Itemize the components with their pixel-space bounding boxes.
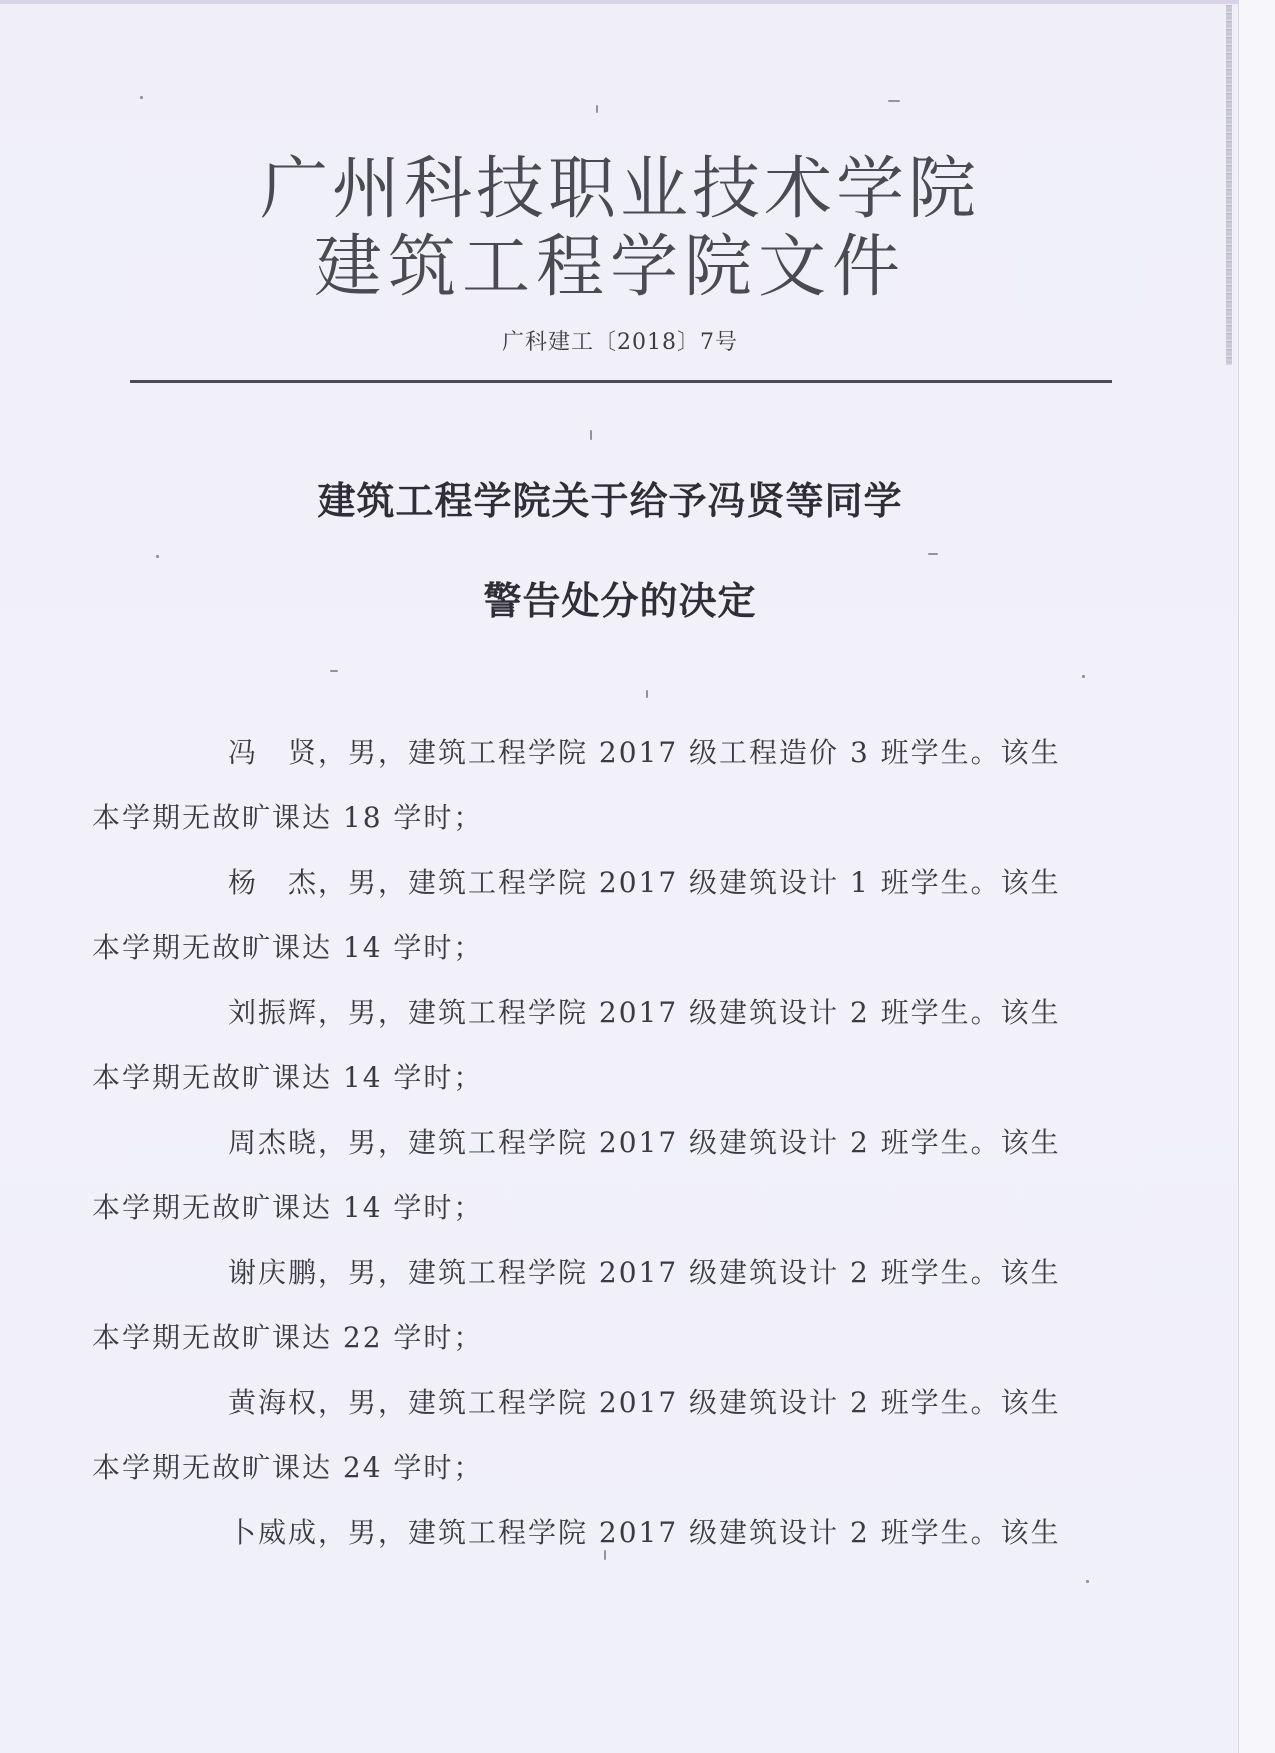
paragraph-line: 卜威成，男，建筑工程学院 2017 级建筑设计 2 班学生。该生 bbox=[160, 1500, 1100, 1565]
page-right-margin bbox=[1238, 0, 1275, 1753]
decision-title-line1: 建筑工程学院关于给予冯贤等同学 bbox=[0, 470, 1230, 525]
scan-speck bbox=[646, 690, 648, 698]
paragraph-line: 本学期无故旷课达 14 学时； bbox=[92, 915, 1100, 980]
scan-speck bbox=[604, 1550, 606, 1560]
scan-speck bbox=[330, 670, 338, 672]
scan-speck bbox=[156, 555, 159, 558]
student-paragraph: 谢庆鹏，男，建筑工程学院 2017 级建筑设计 2 班学生。该生 本学期无故旷课… bbox=[160, 1240, 1100, 1370]
scan-speck bbox=[596, 105, 598, 113]
paragraph-line: 黄海权，男，建筑工程学院 2017 级建筑设计 2 班学生。该生 bbox=[160, 1370, 1100, 1435]
student-paragraph: 杨 杰，男，建筑工程学院 2017 级建筑设计 1 班学生。该生 本学期无故旷课… bbox=[160, 850, 1100, 980]
scan-speck bbox=[888, 100, 900, 102]
header-divider bbox=[130, 380, 1112, 383]
paragraph-line: 谢庆鹏，男，建筑工程学院 2017 级建筑设计 2 班学生。该生 bbox=[160, 1240, 1100, 1305]
decision-title-line2: 警告处分的决定 bbox=[0, 570, 1240, 625]
paragraph-line: 周杰晓，男，建筑工程学院 2017 级建筑设计 2 班学生。该生 bbox=[160, 1110, 1100, 1175]
scan-speck bbox=[590, 430, 592, 440]
paragraph-line: 本学期无故旷课达 22 学时； bbox=[92, 1305, 1100, 1370]
scan-speck bbox=[928, 553, 938, 555]
student-paragraph: 刘振辉，男，建筑工程学院 2017 级建筑设计 2 班学生。该生 本学期无故旷课… bbox=[160, 980, 1100, 1110]
document-body: 冯 贤，男，建筑工程学院 2017 级工程造价 3 班学生。该生 本学期无故旷课… bbox=[160, 720, 1100, 1565]
student-paragraph: 冯 贤，男，建筑工程学院 2017 级工程造价 3 班学生。该生 本学期无故旷课… bbox=[160, 720, 1100, 850]
student-paragraph: 卜威成，男，建筑工程学院 2017 级建筑设计 2 班学生。该生 bbox=[160, 1500, 1100, 1565]
document-number: 广科建工〔2018〕7号 bbox=[0, 325, 1240, 356]
paragraph-line: 本学期无故旷课达 14 学时； bbox=[92, 1175, 1100, 1240]
scan-speck bbox=[1082, 675, 1085, 678]
paragraph-line: 冯 贤，男，建筑工程学院 2017 级工程造价 3 班学生。该生 bbox=[160, 720, 1100, 785]
issuer-title-line2: 建筑工程学院文件 bbox=[0, 228, 1230, 308]
scan-speck bbox=[140, 96, 143, 99]
paragraph-line: 刘振辉，男，建筑工程学院 2017 级建筑设计 2 班学生。该生 bbox=[160, 980, 1100, 1045]
paragraph-line: 本学期无故旷课达 14 学时； bbox=[92, 1045, 1100, 1110]
paragraph-line: 本学期无故旷课达 24 学时； bbox=[92, 1435, 1100, 1500]
page-top-edge bbox=[0, 0, 1240, 4]
paragraph-line: 杨 杰，男，建筑工程学院 2017 级建筑设计 1 班学生。该生 bbox=[160, 850, 1100, 915]
issuer-title-line1: 广州科技职业技术学院 bbox=[0, 150, 1240, 230]
paragraph-line: 本学期无故旷课达 18 学时； bbox=[92, 785, 1100, 850]
student-paragraph: 周杰晓，男，建筑工程学院 2017 级建筑设计 2 班学生。该生 本学期无故旷课… bbox=[160, 1110, 1100, 1240]
scan-speck bbox=[1086, 1580, 1089, 1583]
student-paragraph: 黄海权，男，建筑工程学院 2017 级建筑设计 2 班学生。该生 本学期无故旷课… bbox=[160, 1370, 1100, 1500]
